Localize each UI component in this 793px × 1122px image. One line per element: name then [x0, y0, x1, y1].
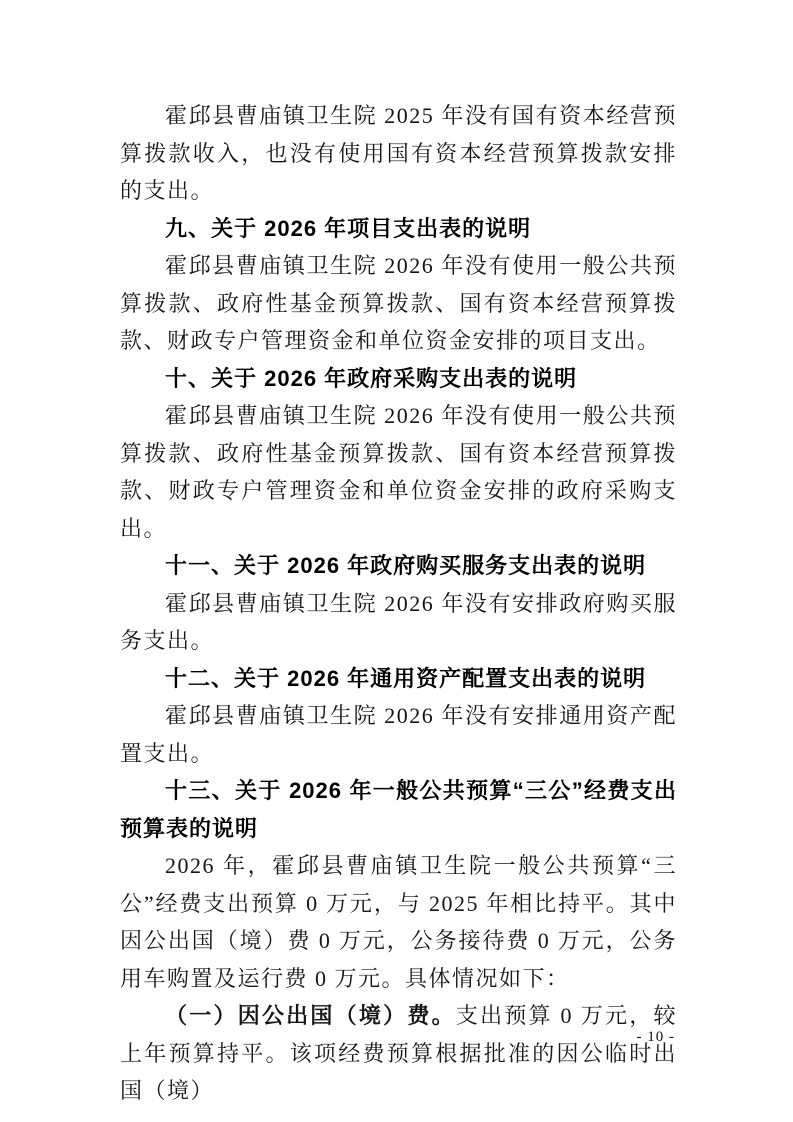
paragraph-state-capital-budget-2025: 霍邱县曹庙镇卫生院 2025 年没有国有资本经营预算拨款收入，也没有使用国有资本…: [120, 97, 677, 210]
paragraph-three-public-expenses: 2026 年，霍邱县曹庙镇卫生院一般公共预算“三公”经费支出预算 0 万元，与 …: [120, 847, 677, 997]
document-page: 霍邱县曹庙镇卫生院 2025 年没有国有资本经营预算拨款收入，也没有使用国有资本…: [0, 0, 793, 1122]
section-heading-13: 十三、关于 2026 年一般公共预算“三公”经费支出预算表的说明: [120, 772, 677, 847]
paragraph-lead-label: （一）因公出国（境）费。: [165, 1003, 456, 1028]
paragraph-overseas-travel-expense: （一）因公出国（境）费。支出预算 0 万元，较上年预算持平。该项经费预算根据批准…: [120, 997, 677, 1110]
section-heading-12: 十二、关于 2026 年通用资产配置支出表的说明: [120, 660, 677, 698]
paragraph-purchased-services: 霍邱县曹庙镇卫生院 2026 年没有安排政府购买服务支出。: [120, 585, 677, 660]
section-heading-11: 十一、关于 2026 年政府购买服务支出表的说明: [120, 547, 677, 585]
document-body: 霍邱县曹庙镇卫生院 2025 年没有国有资本经营预算拨款收入，也没有使用国有资本…: [120, 97, 677, 1110]
section-heading-10: 十、关于 2026 年政府采购支出表的说明: [120, 360, 677, 398]
paragraph-general-asset-allocation: 霍邱县曹庙镇卫生院 2026 年没有安排通用资产配置支出。: [120, 697, 677, 772]
paragraph-government-procurement: 霍邱县曹庙镇卫生院 2026 年没有使用一般公共预算拨款、政府性基金预算拨款、国…: [120, 397, 677, 547]
section-heading-9: 九、关于 2026 年项目支出表的说明: [120, 210, 677, 248]
paragraph-project-expenditure: 霍邱县曹庙镇卫生院 2026 年没有使用一般公共预算拨款、政府性基金预算拨款、国…: [120, 247, 677, 360]
page-number: - 10 -: [637, 1029, 676, 1046]
